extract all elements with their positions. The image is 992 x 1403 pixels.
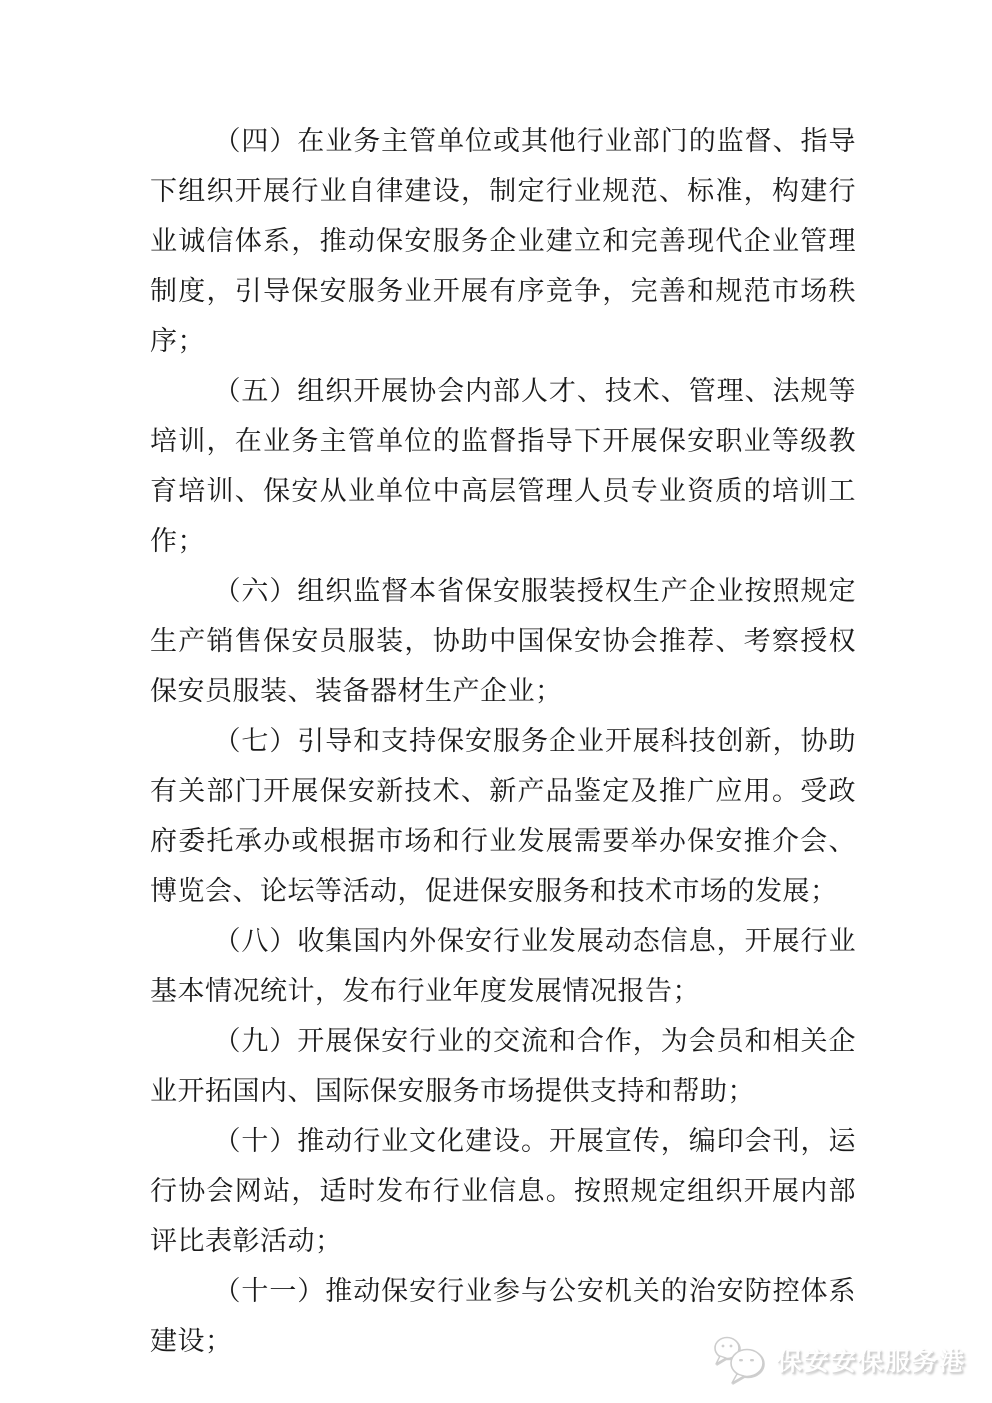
- watermark-label: 保安安保服务港: [777, 1342, 966, 1378]
- paragraph-item-10: （十）推动行业文化建设。开展宣传，编印会刊，运行协会网站，适时发布行业信息。按照…: [150, 1116, 856, 1266]
- paragraph-item-4: （四）在业务主管单位或其他行业部门的监督、指导下组织开展行业自律建设，制定行业规…: [150, 116, 856, 366]
- paragraph-item-9: （九）开展保安行业的交流和合作，为会员和相关企业开拓国内、国际保安服务市场提供支…: [150, 1016, 856, 1116]
- document-body: （四）在业务主管单位或其他行业部门的监督、指导下组织开展行业自律建设，制定行业规…: [150, 116, 856, 1366]
- paragraph-item-8: （八）收集国内外保安行业发展动态信息，开展行业基本情况统计，发布行业年度发展情况…: [150, 916, 856, 1016]
- wechat-icon: [711, 1333, 771, 1387]
- watermark: 保安安保服务港: [711, 1333, 966, 1387]
- paragraph-item-5: （五）组织开展协会内部人才、技术、管理、法规等培训，在业务主管单位的监督指导下开…: [150, 366, 856, 566]
- paragraph-item-7: （七）引导和支持保安服务企业开展科技创新，协助有关部门开展保安新技术、新产品鉴定…: [150, 716, 856, 916]
- paragraph-item-6: （六）组织监督本省保安服装授权生产企业按照规定生产销售保安员服装，协助中国保安协…: [150, 566, 856, 716]
- document-page: （四）在业务主管单位或其他行业部门的监督、指导下组织开展行业自律建设，制定行业规…: [0, 0, 992, 1403]
